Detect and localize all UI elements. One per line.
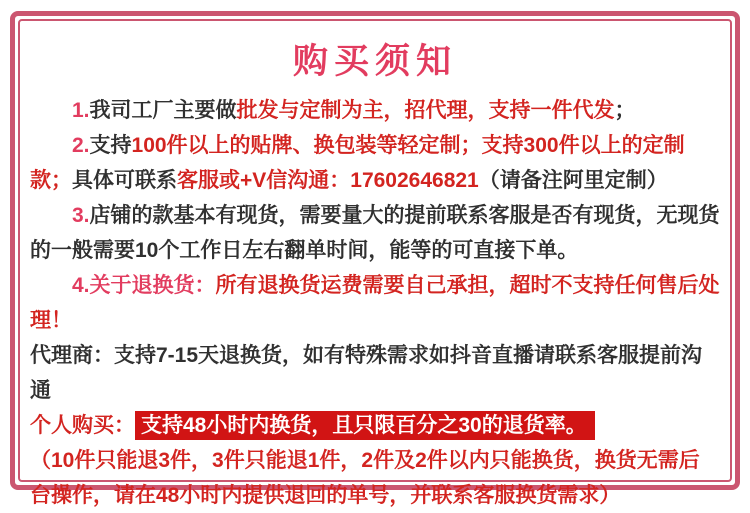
personal-policy-label: 个人购买： bbox=[30, 414, 135, 437]
item1-text: 我司工厂主要做 bbox=[90, 99, 237, 122]
item2-contact-phone: 客服或+V信沟通：17602646821 bbox=[177, 169, 479, 192]
footnote-text: （10件只能退3件，3件只能退1件，2件及2件以内只能换货，换货无需后台操作，请… bbox=[30, 449, 700, 500]
item2-note: （请备注阿里定制） bbox=[479, 169, 668, 192]
notice-body: 1.我司工厂主要做批发与定制为主，招代理，支持一件代发； 2.支持100件以上的… bbox=[30, 93, 720, 500]
agent-policy-text: 代理商：支持7-15天退换货，如有特殊需求如抖音直播请联系客服提前沟通 bbox=[30, 344, 702, 402]
personal-policy-highlight: 支持48小时内换货，且只限百分之30的退货率。 bbox=[135, 411, 595, 440]
notice-item-2: 2.支持100件以上的贴牌、换包装等轻定制；支持300件以上的定制款；具体可联系… bbox=[30, 128, 720, 198]
item3-text: 店铺的款基本有现货，需要量大的提前联系客服是否有现货，无现货的一般需要10个工作… bbox=[30, 204, 720, 262]
footnote-line: （10件只能退3件，3件只能退1件，2件及2件以内只能换货，换货无需后台操作，请… bbox=[30, 443, 720, 500]
notice-item-4: 4.关于退换货：所有退换货运费需要自己承担，超时不支持任何售后处理！ bbox=[30, 268, 720, 338]
item1-emphasis: 批发与定制为主，招代理，支持一件代发 bbox=[237, 99, 615, 122]
notice-card-inner: 购买须知 1.我司工厂主要做批发与定制为主，招代理，支持一件代发； 2.支持10… bbox=[18, 19, 732, 482]
item2-text-1: 支持 bbox=[90, 134, 132, 157]
item2-number: 2. bbox=[72, 134, 90, 157]
notice-item-3: 3.店铺的款基本有现货，需要量大的提前联系客服是否有现货，无现货的一般需要10个… bbox=[30, 198, 720, 268]
item3-number: 3. bbox=[72, 204, 90, 227]
page-title: 购买须知 bbox=[30, 43, 720, 81]
agent-policy-line: 代理商：支持7-15天退换货，如有特殊需求如抖音直播请联系客服提前沟通 bbox=[30, 338, 720, 408]
notice-card: 购买须知 1.我司工厂主要做批发与定制为主，招代理，支持一件代发； 2.支持10… bbox=[10, 11, 740, 490]
item2-text-2: 具体可联系 bbox=[72, 169, 177, 192]
notice-item-1: 1.我司工厂主要做批发与定制为主，招代理，支持一件代发； bbox=[30, 93, 720, 128]
personal-policy-line: 个人购买：支持48小时内换货，且只限百分之30的退货率。 bbox=[30, 408, 720, 443]
item1-punctuation: ； bbox=[615, 99, 636, 122]
item4-lead: 4.关于退换货： bbox=[72, 274, 216, 297]
item1-number: 1. bbox=[72, 99, 90, 122]
